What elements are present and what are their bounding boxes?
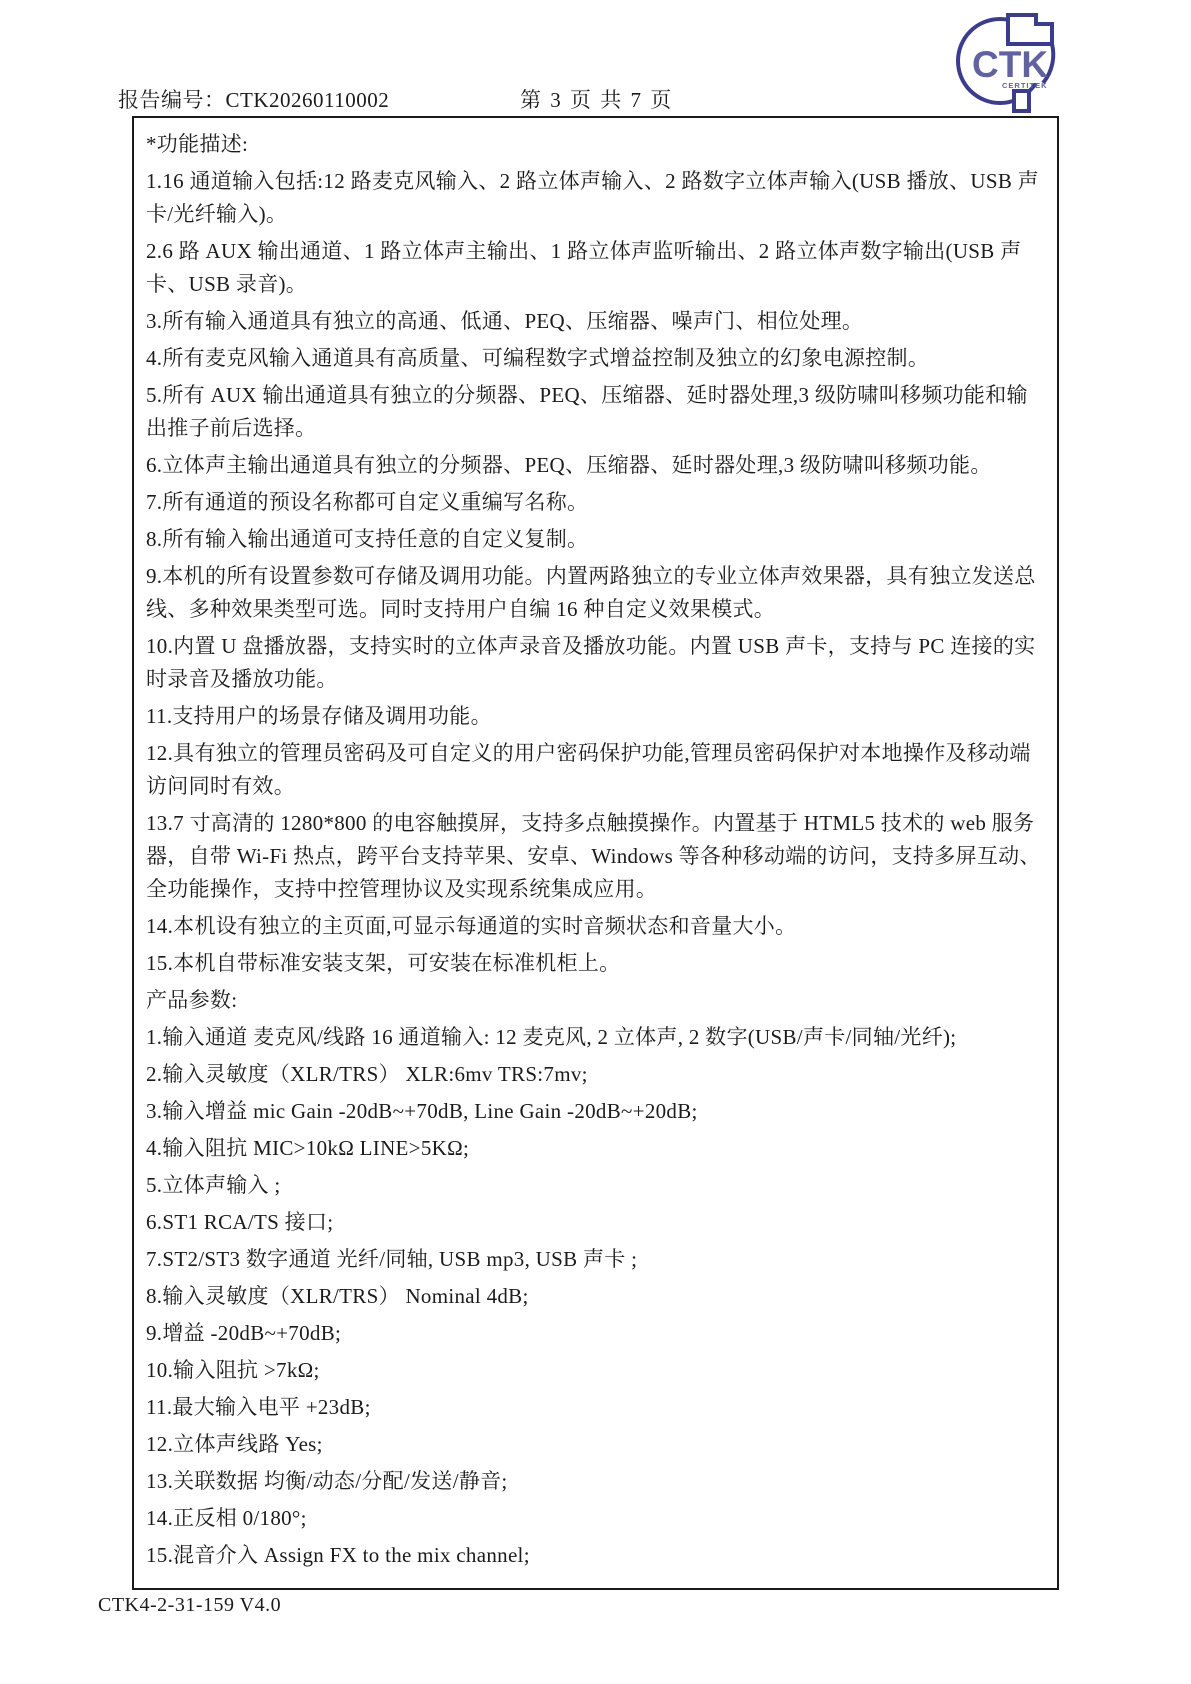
spec-item: 1.16 通道输入包括:12 路麦克风输入、2 路立体声输入、2 路数字立体声输…: [146, 165, 1045, 231]
spec-item: 5.所有 AUX 输出通道具有独立的分频器、PEQ、压缩器、延时器处理,3 级防…: [146, 379, 1045, 445]
content-box: *功能描述: 1.16 通道输入包括:12 路麦克风输入、2 路立体声输入、2 …: [132, 116, 1059, 1590]
report-page: 报告编号：CTK20260110002 第 3 页 共 7 页 CTK CERT…: [0, 0, 1191, 1684]
parameters-list: 1.输入通道 麦克风/线路 16 通道输入: 12 麦克风, 2 立体声, 2 …: [146, 1021, 1045, 1572]
document-code: CTK4-2-31-159 V4.0: [98, 1594, 281, 1617]
logo-tab: [1014, 91, 1029, 111]
spec-item: 11.最大输入电平 +23dB;: [146, 1391, 1045, 1424]
spec-item: 7.所有通道的预设名称都可自定义重编写名称。: [146, 486, 1045, 519]
spec-item: 5.立体声输入 ;: [146, 1169, 1045, 1202]
spec-item: 3.输入增益 mic Gain -20dB~+70dB, Line Gain -…: [146, 1095, 1045, 1128]
spec-item: 1.输入通道 麦克风/线路 16 通道输入: 12 麦克风, 2 立体声, 2 …: [146, 1021, 1045, 1054]
spec-item: 15.混音介入 Assign FX to the mix channel;: [146, 1539, 1045, 1572]
spec-item: 7.ST2/ST3 数字通道 光纤/同轴, USB mp3, USB 声卡 ;: [146, 1243, 1045, 1276]
spec-item: 13.关联数据 均衡/动态/分配/发送/静音;: [146, 1465, 1045, 1498]
spec-item: 6.ST1 RCA/TS 接口;: [146, 1206, 1045, 1239]
spec-item: 15.本机自带标准安装支架，可安装在标准机柜上。: [146, 947, 1045, 980]
spec-item: 14.本机设有独立的主页面,可显示每通道的实时音频状态和音量大小。: [146, 910, 1045, 943]
logo-subtext: CERTITEK: [1002, 81, 1048, 90]
section-title-parameters: 产品参数:: [146, 984, 1045, 1017]
spec-item: 14.正反相 0/180°;: [146, 1502, 1045, 1535]
spec-item: 10.输入阻抗 >7kΩ;: [146, 1354, 1045, 1387]
spec-item: 8.输入灵敏度（XLR/TRS） Nominal 4dB;: [146, 1280, 1045, 1313]
spec-item: 2.6 路 AUX 输出通道、1 路立体声主输出、1 路立体声监听输出、2 路立…: [146, 235, 1045, 301]
spec-item: 8.所有输入输出通道可支持任意的自定义复制。: [146, 523, 1045, 556]
spec-item: 2.输入灵敏度（XLR/TRS） XLR:6mv TRS:7mv;: [146, 1058, 1045, 1091]
report-number: 报告编号：CTK20260110002: [118, 84, 389, 114]
spec-item: 9.增益 -20dB~+70dB;: [146, 1317, 1045, 1350]
spec-item: 6.立体声主输出通道具有独立的分频器、PEQ、压缩器、延时器处理,3 级防啸叫移…: [146, 449, 1045, 482]
ctk-logo: CTK CERTITEK: [956, 10, 1060, 114]
features-list: 1.16 通道输入包括:12 路麦克风输入、2 路立体声输入、2 路数字立体声输…: [146, 165, 1045, 980]
spec-item: 12.立体声线路 Yes;: [146, 1428, 1045, 1461]
section-title-features: *功能描述:: [146, 128, 1045, 161]
spec-item: 3.所有输入通道具有独立的高通、低通、PEQ、压缩器、噪声门、相位处理。: [146, 305, 1045, 338]
spec-item: 4.所有麦克风输入通道具有高质量、可编程数字式增益控制及独立的幻象电源控制。: [146, 342, 1045, 375]
page-indicator: 第 3 页 共 7 页: [520, 84, 673, 114]
spec-item: 4.输入阻抗 MIC>10kΩ LINE>5KΩ;: [146, 1132, 1045, 1165]
spec-item: 10.内置 U 盘播放器，支持实时的立体声录音及播放功能。内置 USB 声卡，支…: [146, 630, 1045, 696]
spec-item: 9.本机的所有设置参数可存储及调用功能。内置两路独立的专业立体声效果器，具有独立…: [146, 560, 1045, 626]
spec-item: 13.7 寸高清的 1280*800 的电容触摸屏，支持多点触摸操作。内置基于 …: [146, 807, 1045, 906]
spec-item: 11.支持用户的场景存储及调用功能。: [146, 700, 1045, 733]
logo-text: CTK: [972, 44, 1048, 85]
spec-item: 12.具有独立的管理员密码及可自定义的用户密码保护功能,管理员密码保护对本地操作…: [146, 737, 1045, 803]
